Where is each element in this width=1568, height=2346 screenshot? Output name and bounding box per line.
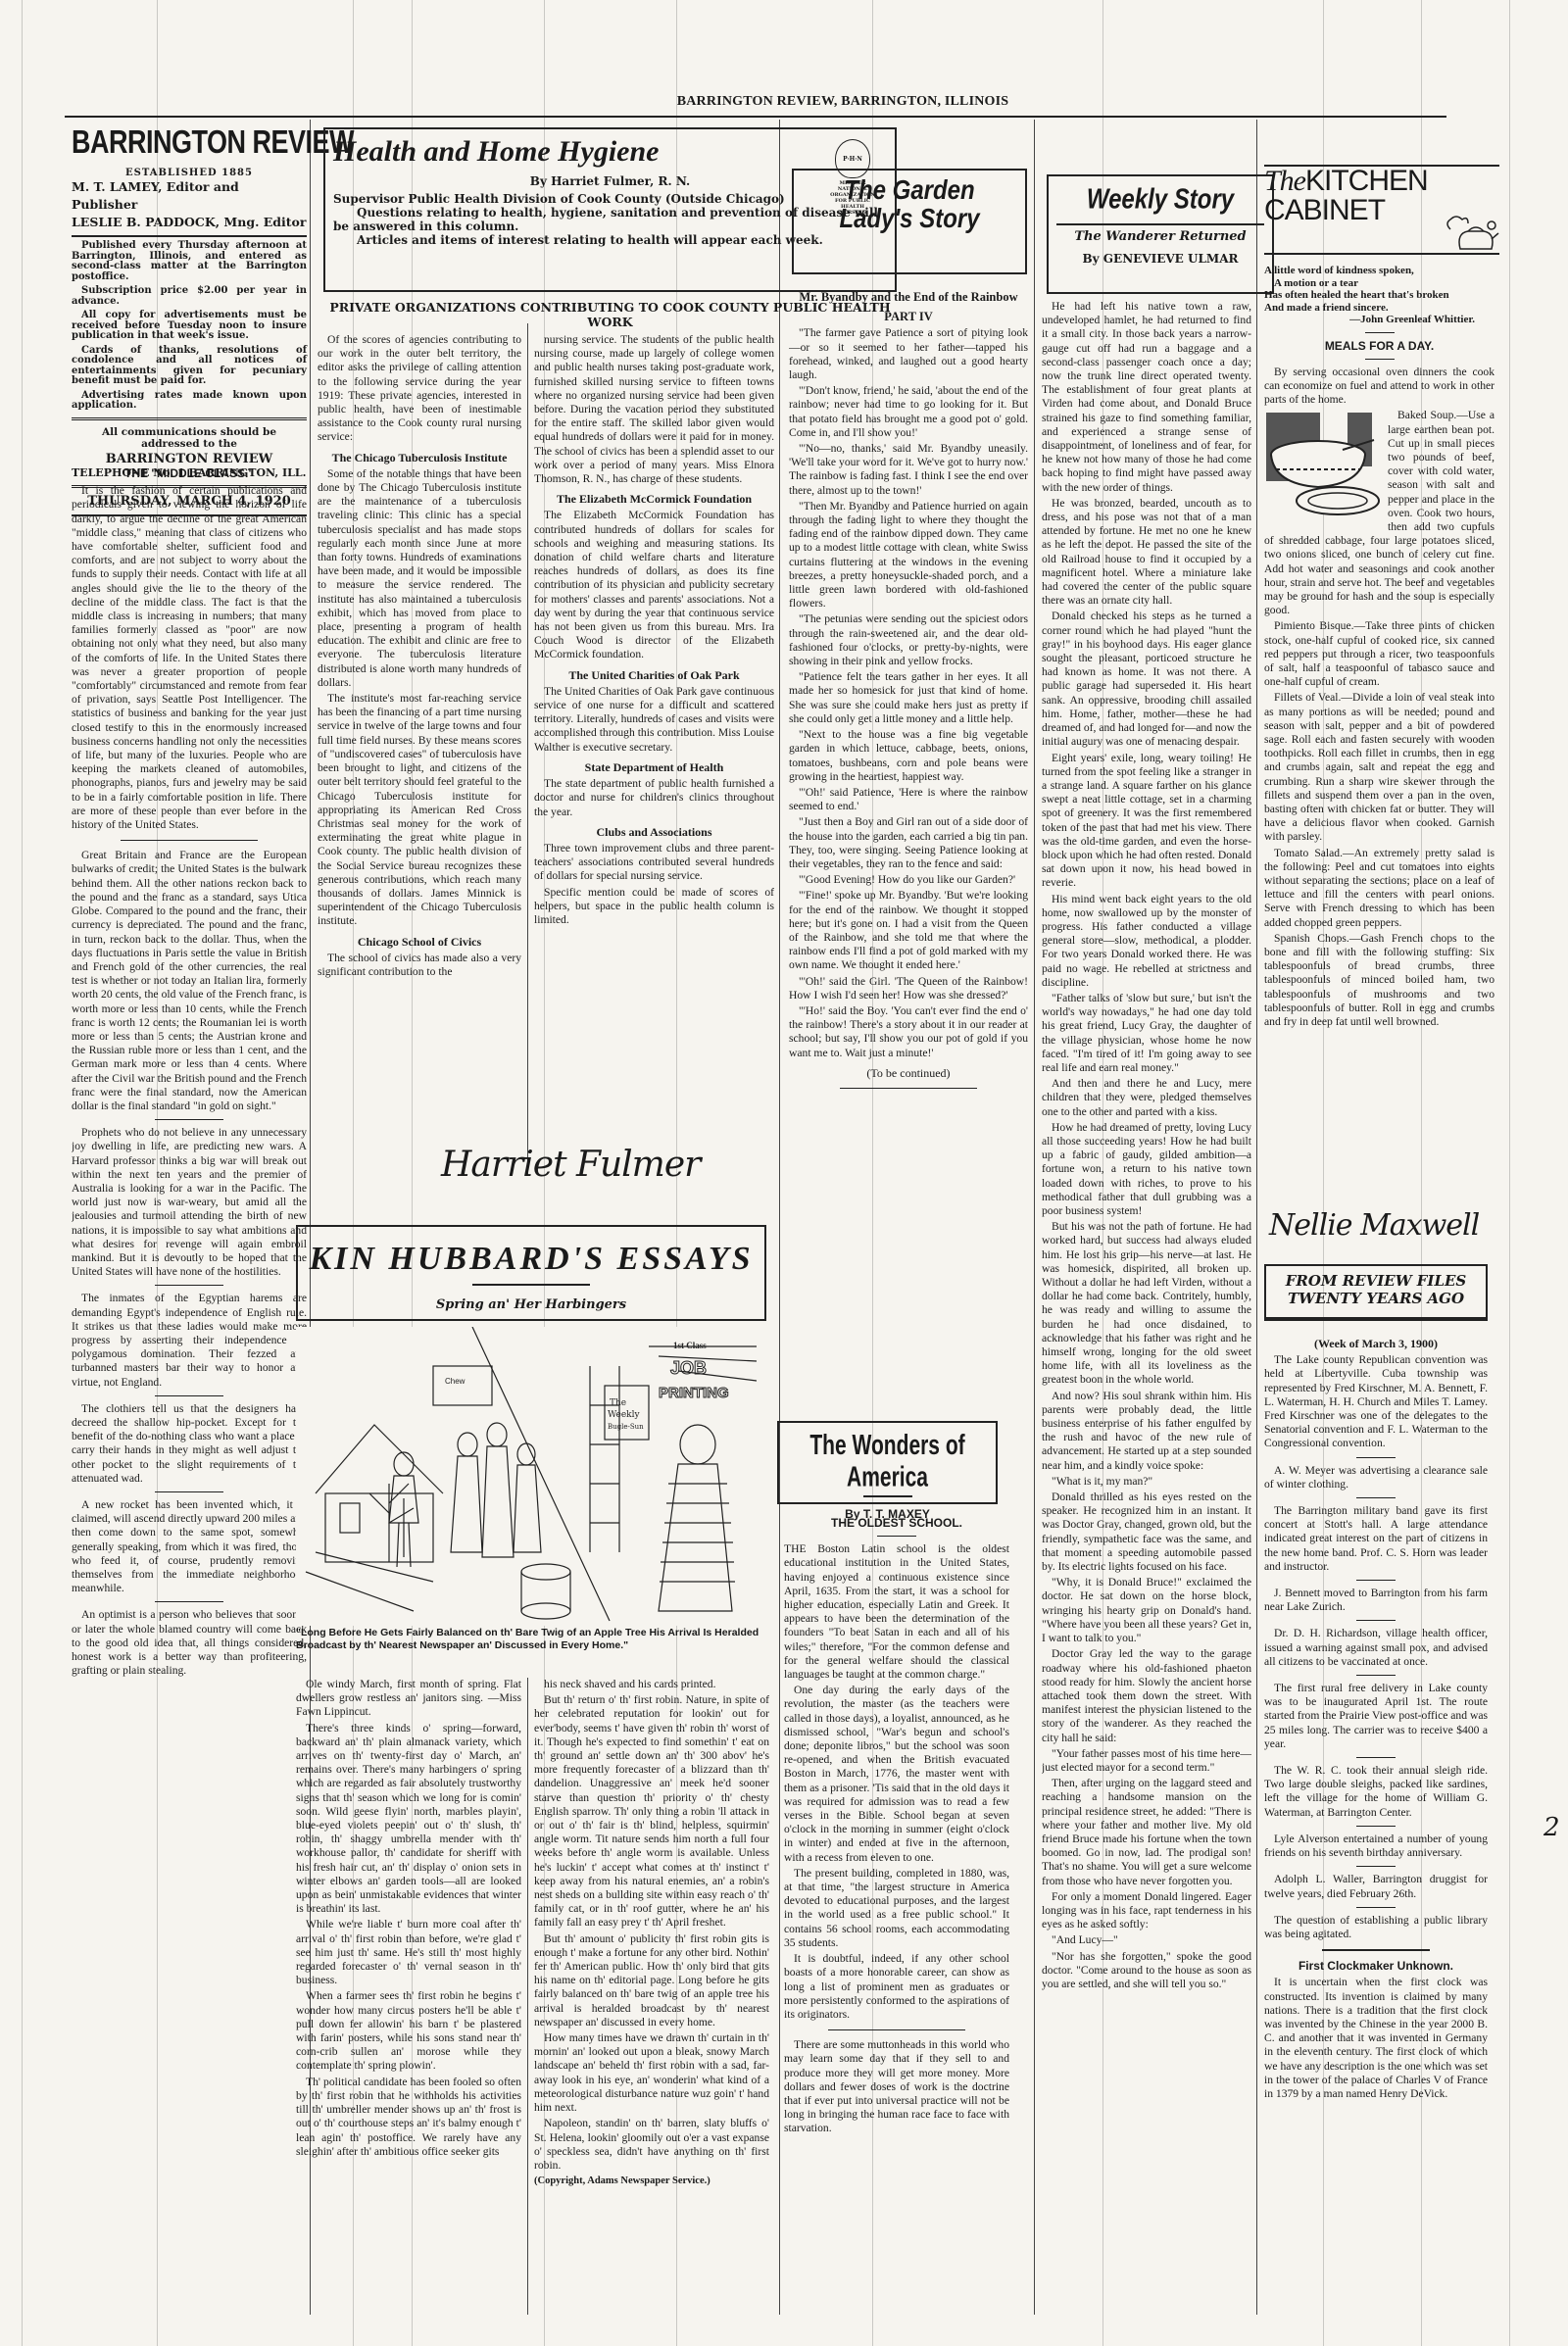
subhead: The Elizabeth McCormick Foundation: [534, 492, 774, 506]
svg-text:JOB: JOB: [670, 1358, 707, 1378]
divider: [155, 1119, 223, 1120]
divider: [877, 1536, 916, 1537]
svg-text:Weekly: Weekly: [608, 1410, 641, 1420]
garden-lady-column: Mr. Byandby and the End of the Rainbow P…: [789, 284, 1028, 1411]
weekly-story-subtitle: The Wanderer Returned: [1056, 223, 1264, 244]
article-paragraph: An optimist is a person who believes tha…: [72, 1608, 307, 1678]
note: Advertising rates made known upon applic…: [72, 391, 307, 412]
divider: [1365, 359, 1395, 360]
divider: [828, 2029, 965, 2030]
to-be-continued: (To be continued): [789, 1066, 1028, 1080]
communications-line: All communications should be addressed t…: [72, 426, 307, 450]
weekly-story-title: Weekly Story: [1056, 183, 1264, 217]
column-divider: [779, 120, 780, 2315]
divider: [72, 235, 307, 237]
note: Published every Thursday afternoon at Ba…: [72, 241, 307, 282]
divider: [1356, 1620, 1396, 1621]
kin-hubbard-subtitle: Spring an' Her Harbingers: [306, 1297, 757, 1312]
publication-notes: Published every Thursday afternoon at Ba…: [72, 241, 307, 412]
wonders-title: The Wonders of America: [787, 1431, 988, 1494]
subhead: State Department of Health: [534, 760, 774, 774]
svg-text:Chew: Chew: [445, 1377, 465, 1386]
harriet-fulmer-signature: Harriet Fulmer: [441, 1145, 700, 1185]
note: Subscription price $2.00 per year in adv…: [72, 286, 307, 307]
divider: [155, 1285, 223, 1286]
divider: [472, 1284, 590, 1286]
column-divider: [1256, 120, 1257, 2315]
svg-text:PRINTING: PRINTING: [659, 1385, 729, 1401]
copyright-line: (Copyright, Adams Newspaper Service.): [534, 2175, 769, 2188]
margin-handwritten-mark: 2: [1543, 1813, 1560, 1842]
article-paragraph: It is the fashion of certain publication…: [72, 484, 307, 832]
divider: [863, 1495, 912, 1497]
garden-lady-header: The Garden Lady's Story: [792, 169, 1027, 274]
kitchen-cabinet-column: A little word of kindness spoken, A moti…: [1264, 265, 1494, 1254]
article-paragraph: A new rocket has been invented which, it…: [72, 1498, 307, 1595]
divider: [1356, 1826, 1396, 1827]
wonders-column: THE OLDEST SCHOOL. THE Boston Latin scho…: [784, 1514, 1009, 2318]
files-title-line1: FROM REVIEW FILES: [1274, 1272, 1478, 1290]
files-week: (Week of March 3, 1900): [1264, 1337, 1488, 1350]
garden-title-line2: Lady's Story: [802, 203, 1017, 235]
scan-artifact: [1509, 0, 1510, 2346]
divider: [1365, 332, 1395, 333]
steaming-kettle-icon: [1443, 212, 1499, 251]
review-files-header: FROM REVIEW FILES TWENTY YEARS AGO: [1264, 1264, 1488, 1321]
editorial-column: THE "MIDDLE CLASS." It is the fashion of…: [72, 461, 307, 2322]
health-column-2: nursing service. The students of the pub…: [534, 333, 774, 1117]
note: Cards of thanks, resolutions of condolen…: [72, 346, 307, 387]
running-head: BARRINGTON REVIEW, BARRINGTON, ILLINOIS: [588, 94, 1098, 110]
health-title: Health and Home Hygiene: [333, 135, 887, 169]
article-paragraph: Great Britain and France are the Europea…: [72, 849, 307, 1113]
divider: [1356, 1757, 1396, 1758]
kin-hubbard-column-1: Ole windy March, first month of spring. …: [296, 1678, 521, 2315]
spring-cartoon-illustration: Chew The: [296, 1327, 766, 1626]
story-part: PART IV: [789, 310, 1028, 323]
divider: [840, 1088, 977, 1089]
article-title: THE "MIDDLE CLASS.": [72, 466, 307, 480]
kin-hubbard-header: KIN HUBBARD'S ESSAYS Spring an' Her Harb…: [296, 1225, 766, 1321]
divider: [1356, 1675, 1396, 1676]
subhead: Chicago School of Civics: [318, 935, 521, 949]
top-rule: [65, 116, 1446, 118]
svg-text:The: The: [610, 1398, 626, 1408]
article-paragraph: The clothiers tell us that the designers…: [72, 1402, 307, 1486]
weekly-story-byline: By GENEVIEVE ULMAR: [1056, 252, 1264, 266]
svg-text:1st Class: 1st Class: [673, 1341, 707, 1350]
nellie-maxwell-signature: Nellie Maxwell: [1269, 1208, 1479, 1243]
masthead-title: BARRINGTON REVIEW: [72, 123, 307, 162]
divider: [1356, 1497, 1396, 1498]
wonders-of-america-header: The Wonders of America By T. T. MAXEY: [777, 1421, 998, 1504]
scan-artifact: [22, 0, 23, 2346]
established-line: ESTABLISHED 1885: [72, 168, 307, 178]
files-title-line2: TWENTY YEARS AGO: [1274, 1290, 1478, 1307]
column-divider: [1034, 120, 1035, 2315]
divider: [1356, 1580, 1396, 1581]
subhead: The United Charities of Oak Park: [534, 668, 774, 682]
article-paragraph: The inmates of the Egyptian harems are d…: [72, 1292, 307, 1389]
weekly-story-column: He had left his native town a raw, undev…: [1042, 300, 1251, 2319]
poem: A little word of kindness spoken, A moti…: [1264, 265, 1494, 326]
svg-text:Bugle-Sun: Bugle-Sun: [608, 1423, 644, 1431]
weekly-story-header: Weekly Story The Wanderer Returned By GE…: [1047, 174, 1274, 294]
meals-section-title: MEALS FOR A DAY.: [1264, 339, 1494, 353]
divider: [1356, 1866, 1396, 1867]
health-column-1: Of the scores of agencies contributing t…: [318, 333, 521, 1176]
subhead: Clubs and Associations: [534, 825, 774, 839]
kitchen-title-line1: TheKITCHEN: [1264, 167, 1499, 196]
kitchen-cabinet-header: TheKITCHEN CABINET: [1264, 165, 1499, 255]
note: All copy for advertisements must be rece…: [72, 311, 307, 342]
divider: [1322, 1949, 1430, 1951]
column-divider: [527, 1678, 528, 2315]
column-divider: [527, 323, 528, 1176]
divider: [121, 840, 258, 841]
story-subtitle: Mr. Byandby and the End of the Rainbow: [789, 290, 1028, 304]
article-paragraph: Prophets who do not believe in any unnec…: [72, 1126, 307, 1279]
editor-line: M. T. LAMEY, Editor and Publisher: [72, 178, 307, 214]
divider: [1356, 1457, 1396, 1458]
divider: [1356, 1907, 1396, 1908]
wonders-section-title: THE OLDEST SCHOOL.: [784, 1516, 1009, 1530]
divider: [155, 1491, 223, 1492]
clock-headline: First Clockmaker Unknown.: [1264, 1959, 1488, 1973]
cartoon-caption: "Long Before He Gets Fairly Balanced on …: [296, 1627, 766, 1652]
newspaper-page: BARRINGTON REVIEW, BARRINGTON, ILLINOIS …: [0, 0, 1568, 2346]
divider: [72, 417, 307, 420]
kin-hubbard-title: KIN HUBBARD'S ESSAYS: [306, 1241, 757, 1278]
kin-hubbard-column-2: his neck shaved and his cards printed. B…: [534, 1678, 769, 2315]
divider: [155, 1395, 223, 1396]
subhead: The Chicago Tuberculosis Institute: [318, 451, 521, 464]
managing-editor-line: LESLIE B. PADDOCK, Mng. Editor: [72, 214, 307, 231]
divider: [155, 1601, 223, 1602]
soup-bowl-illustration: [1264, 411, 1382, 518]
review-files-column: (Week of March 3, 1900) The Lake county …: [1264, 1331, 1488, 2321]
poem-attribution: —John Greenleaf Whittier.: [1264, 314, 1494, 326]
